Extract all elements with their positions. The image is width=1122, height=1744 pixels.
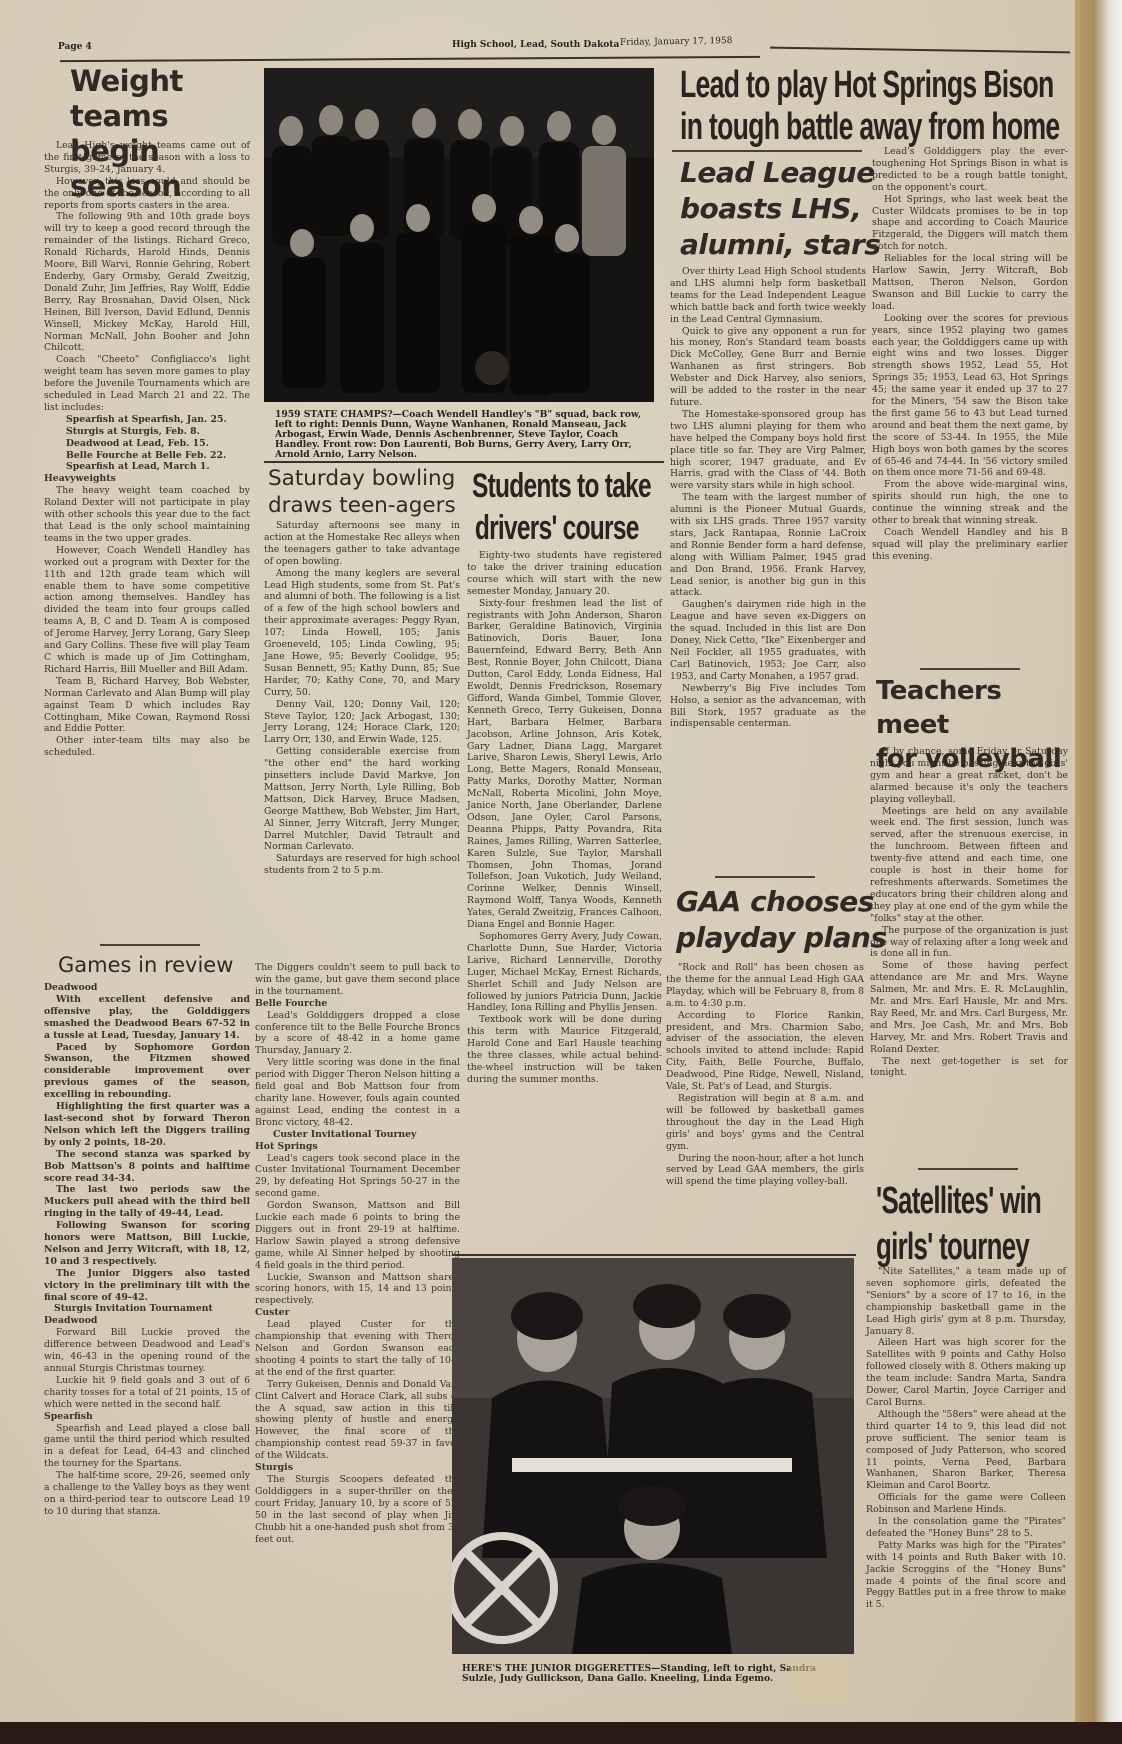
paragraph: Lead High's weight teams came out of the… — [44, 140, 250, 176]
lead-league-headline: Lead League boasts LHS, alumni, stars — [680, 155, 880, 263]
newspaper-page: Page 4 High School, Lead, South Dakota F… — [0, 0, 1075, 1744]
subhead: Heavyweights — [44, 473, 250, 485]
paragraph: The Sturgis Scoopers defeated the Golddi… — [255, 1474, 460, 1545]
paragraph: Lead's cagers took second place in the C… — [255, 1153, 460, 1201]
team-photo-image — [264, 68, 654, 402]
subhead: Custer Invitational Tourney — [255, 1129, 460, 1141]
page-number: Page 4 — [58, 42, 92, 52]
paragraph: With excellent defensive and offensive p… — [44, 994, 250, 1042]
subhead: Deadwood — [44, 982, 250, 994]
headline-line: boasts LHS, — [680, 191, 880, 227]
subhead: Spearfish — [44, 1411, 250, 1423]
masthead-date: Friday, January 17, 1958 — [620, 36, 733, 48]
paragraph: Very little scoring was done in the fina… — [255, 1057, 460, 1128]
paragraph: The half-time score, 29-26, seemed only … — [44, 1470, 250, 1518]
paragraph: Gordon Swanson, Mattson and Bill Luckie … — [255, 1200, 460, 1271]
paragraph: The Junior Diggers also tasted victory i… — [44, 1268, 250, 1304]
satellites-headline: 'Satellites' win girls' tourney — [876, 1178, 1080, 1270]
headline-line: draws teen-agers — [268, 492, 456, 519]
divider — [672, 150, 862, 152]
paragraph: Among the many keglers are several Lead … — [264, 568, 460, 699]
subhead: Hot Springs — [255, 1141, 460, 1153]
paragraph: Sophomores Gerry Avery, Judy Cowan, Char… — [467, 931, 662, 1014]
hot-springs-body: Lead's Golddiggers play the ever-toughen… — [872, 146, 1068, 563]
games-review-body-col2: The Diggers couldn't seem to pull back t… — [255, 962, 460, 1545]
paragraph: The Diggers couldn't seem to pull back t… — [255, 962, 460, 998]
paragraph: Officials for the game were Colleen Robi… — [866, 1492, 1066, 1516]
paragraph: The heavy weight team coached by Roland … — [44, 485, 250, 545]
bowling-headline: Saturday bowling draws teen-agers — [268, 465, 456, 519]
paragraph: The second stanza was sparked by Bob Mat… — [44, 1149, 250, 1185]
teachers-body: If by chance, some Friday or Saturday ni… — [870, 746, 1068, 1079]
headline-line: Students to take — [472, 465, 659, 507]
paragraph: Quick to give any opponent a run for his… — [670, 326, 866, 409]
page-bottom-edge — [0, 1722, 1122, 1744]
paragraph: However, this loss could and should be t… — [44, 176, 250, 212]
paragraph: Reliables for the local string will be H… — [872, 253, 1068, 313]
paragraph: Looking over the scores for previous yea… — [872, 313, 1068, 480]
subhead: Sturgis — [255, 1462, 460, 1474]
gaa-headline: GAA chooses playday plans — [676, 884, 887, 956]
paragraph: According to Florice Rankin, president, … — [666, 1010, 864, 1093]
headline-line: playday plans — [676, 920, 887, 956]
paragraph: Team B, Richard Harvey, Bob Webster, Nor… — [44, 676, 250, 736]
paragraph: Newberry's Big Five includes Tom Holso, … — [670, 683, 866, 731]
paragraph: From the above wide-marginal wins, spiri… — [872, 479, 1068, 527]
drivers-course-headline: Students to take drivers' course — [472, 465, 659, 549]
paragraph: The next get-together is set for tonight… — [870, 1056, 1068, 1080]
weight-teams-body: Lead High's weight teams came out of the… — [44, 140, 250, 759]
divider — [920, 668, 1020, 670]
divider — [918, 1168, 1018, 1170]
schedule-item: Deadwood at Lead, Feb. 15. — [44, 438, 250, 450]
subhead: Belle Fourche — [255, 998, 460, 1010]
diggerettes-photo-image — [452, 1258, 854, 1654]
paragraph: "Nite Satellites," a team made up of sev… — [866, 1266, 1066, 1337]
subhead: Deadwood — [44, 1315, 250, 1327]
masthead-rule — [60, 56, 760, 62]
paragraph: Patty Marks was high for the "Pirates" w… — [866, 1540, 1066, 1611]
hot-springs-headline: Lead to play Hot Springs Bison in tough … — [680, 64, 1100, 148]
paragraph: Other inter-team tilts may also be sched… — [44, 735, 250, 759]
divider — [452, 1254, 856, 1256]
paragraph: However, Coach Wendell Handley has worke… — [44, 545, 250, 676]
headline-line: girls' tourney — [876, 1224, 1080, 1270]
paragraph: Getting considerable exercise from "the … — [264, 746, 460, 853]
paragraph: Hot Springs, who last week beat the Cust… — [872, 194, 1068, 254]
headline-line: GAA chooses — [676, 884, 887, 920]
paragraph: Lead's Golddiggers play the ever-toughen… — [872, 146, 1068, 194]
paragraph: Sixty-four freshmen lead the list of reg… — [467, 598, 662, 931]
page-binding-edge — [1075, 0, 1122, 1744]
masthead-location: High School, Lead, South Dakota — [452, 40, 619, 50]
paragraph: Registration will begin at 8 a.m. and wi… — [666, 1093, 864, 1153]
paragraph: Saturdays are reserved for high school s… — [264, 853, 460, 877]
headline-line: 'Satellites' win — [876, 1178, 1080, 1224]
paragraph: During the noon-hour, after a hot lunch … — [666, 1153, 864, 1189]
paragraph: The Homestake-sponsored group has two LH… — [670, 409, 866, 492]
paragraph: The last two periods saw the Muckers pul… — [44, 1184, 250, 1220]
schedule-item: Spearfish at Lead, March 1. — [44, 461, 250, 473]
paragraph: Paced by Sophomore Gordon Swanson, the F… — [44, 1042, 250, 1102]
paragraph: Eighty-two students have registered to t… — [467, 550, 662, 598]
schedule-item: Belle Fourche at Belle Feb. 22. — [44, 450, 250, 462]
paragraph: Luckie hit 9 field goals and 3 out of 6 … — [44, 1375, 250, 1411]
headline-line: Lead League — [680, 155, 880, 191]
paragraph: If by chance, some Friday or Saturday ni… — [870, 746, 1068, 806]
headline-line: Saturday bowling — [268, 465, 456, 492]
divider — [715, 876, 815, 878]
paragraph: Over thirty Lead High School students an… — [670, 266, 866, 326]
tape-mark — [790, 1660, 850, 1702]
paragraph: "Rock and Roll" has been chosen as the t… — [666, 962, 864, 1010]
games-review-body-col1: Deadwood With excellent defensive and of… — [44, 982, 250, 1518]
paragraph: The following 9th and 10th grade boys wi… — [44, 211, 250, 354]
headline-line: Lead to play Hot Springs Bison — [680, 64, 1100, 106]
paragraph: Highlighting the first quarter was a las… — [44, 1101, 250, 1149]
paragraph: Aileen Hart was high scorer for the Sate… — [866, 1337, 1066, 1408]
lead-league-body: Over thirty Lead High School students an… — [670, 266, 866, 730]
paragraph: Although the "58ers" were ahead at the t… — [866, 1409, 1066, 1492]
paragraph: Following Swanson for scoring honors wer… — [44, 1220, 250, 1268]
schedule-item: Sturgis at Sturgis, Feb. 8. — [44, 426, 250, 438]
paragraph: The team with the largest number of alum… — [670, 492, 866, 599]
headline-line: Teachers meet — [876, 674, 1075, 742]
diggerettes-photo — [452, 1258, 854, 1654]
paragraph: Textbook work will be done during this t… — [467, 1014, 662, 1085]
paragraph: The purpose of the organization is just … — [870, 925, 1068, 961]
schedule-item: Spearfish at Spearfish, Jan. 25. — [44, 414, 250, 426]
paragraph: Meetings are held on any available week … — [870, 806, 1068, 925]
paragraph: Coach Wendell Handley and his B squad wi… — [872, 527, 1068, 563]
headline-line: alumni, stars — [680, 227, 880, 263]
games-review-headline: Games in review — [58, 952, 233, 978]
drivers-course-body: Eighty-two students have registered to t… — [467, 550, 662, 1086]
paragraph: Terry Gukeisen, Dennis and Donald Vail, … — [255, 1379, 460, 1462]
paragraph: Spearfish and Lead played a close ball g… — [44, 1423, 250, 1471]
paragraph: Luckie, Swanson and Mattson shared scori… — [255, 1272, 460, 1308]
headline-line: drivers' course — [472, 507, 659, 549]
satellites-body: "Nite Satellites," a team made up of sev… — [866, 1266, 1066, 1611]
bowling-body: Saturday afternoons see many in action a… — [264, 520, 460, 877]
paragraph: Coach "Cheeto" Configliacco's light weig… — [44, 354, 250, 414]
paragraph: Denny Vail, 120; Donny Vail, 120; Steve … — [264, 699, 460, 747]
paragraph: Lead's Golddiggers dropped a close confe… — [255, 1010, 460, 1058]
subhead: Custer — [255, 1307, 460, 1319]
paragraph: Saturday afternoons see many in action a… — [264, 520, 460, 568]
paragraph: Lead played Custer for the championship … — [255, 1319, 460, 1379]
paragraph: Gaughen's dairymen ride high in the Leag… — [670, 599, 866, 682]
masthead-rule-right — [770, 47, 1070, 54]
headline-line: Weight teams — [70, 64, 270, 134]
headline-line: in tough battle away from home — [680, 106, 1100, 148]
b-squad-caption: 1959 STATE CHAMPS?—Coach Wendell Handley… — [275, 410, 650, 460]
divider — [100, 944, 200, 946]
paragraph: In the consolation game the "Pirates" de… — [866, 1516, 1066, 1540]
b-squad-photo — [264, 68, 654, 402]
gaa-body: "Rock and Roll" has been chosen as the t… — [666, 962, 864, 1188]
paragraph: Some of those having perfect attendance … — [870, 960, 1068, 1055]
divider — [264, 461, 664, 463]
paragraph: Forward Bill Luckie proved the differenc… — [44, 1327, 250, 1375]
subhead: Sturgis Invitation Tournament — [44, 1303, 250, 1315]
